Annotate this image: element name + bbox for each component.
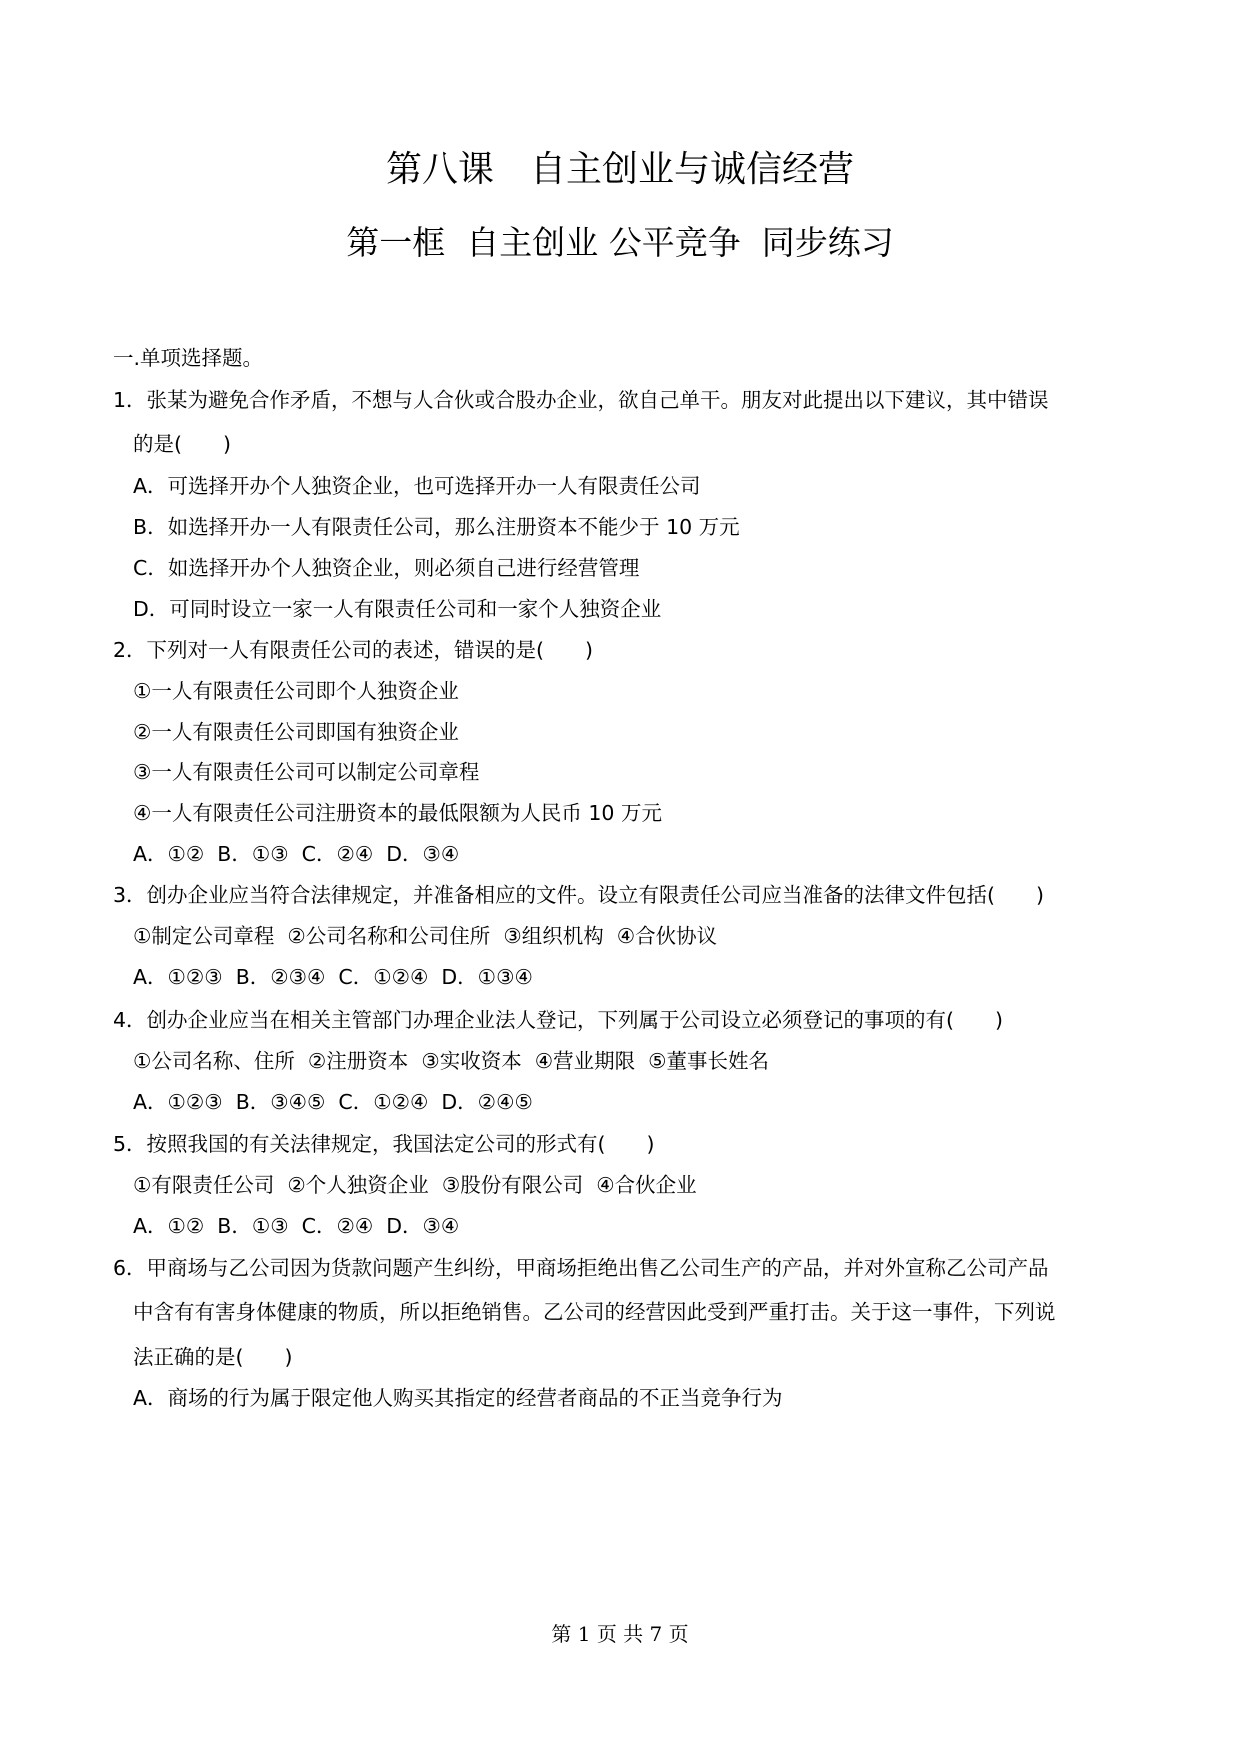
lesson-subtitle: 第一框 自主创业 公平竞争 同步练习 — [0, 222, 1240, 264]
question-stem: 5．按照我国的有关法律规定，我国法定公司的形式有( ) — [113, 1130, 655, 1158]
statement: ①一人有限责任公司即个人独资企业 — [133, 677, 459, 705]
question-stem: 6．甲商场与乙公司因为货款问题产生纠纷，甲商场拒绝出售乙公司生产的产品，并对外宣… — [113, 1254, 1049, 1282]
answer-options: A．①② B．①③ C．②④ D．③④ — [133, 840, 459, 868]
answer-options: A．①② B．①③ C．②④ D．③④ — [133, 1212, 459, 1240]
question-stem: 3．创办企业应当符合法律规定，并准备相应的文件。设立有限责任公司应当准备的法律文… — [113, 881, 1044, 909]
question-stem: 中含有有害身体健康的物质，所以拒绝销售。乙公司的经营因此受到严重打击。关于这一事… — [133, 1298, 1056, 1326]
statement: ③一人有限责任公司可以制定公司章程 — [133, 758, 479, 786]
answer-options: A．①②③ B．③④⑤ C．①②④ D．②④⑤ — [133, 1088, 533, 1116]
question-stem: 的是( ) — [133, 430, 231, 458]
question-stem: 4．创办企业应当在相关主管部门办理企业法人登记，下列属于公司设立必须登记的事项的… — [113, 1006, 1003, 1034]
answer-option-b: B．如选择开办一人有限责任公司，那么注册资本不能少于 10 万元 — [133, 513, 740, 541]
section-heading: 一.单项选择题。 — [113, 344, 263, 372]
answer-option-a: A．商场的行为属于限定他人购买其指定的经营者商品的不正当竞争行为 — [133, 1384, 783, 1412]
answer-option-d: D．可同时设立一家一人有限责任公司和一家个人独资企业 — [133, 595, 661, 623]
statement: ①有限责任公司 ②个人独资企业 ③股份有限公司 ④合伙企业 — [133, 1171, 697, 1199]
answer-options: A．①②③ B．②③④ C．①②④ D．①③④ — [133, 963, 533, 991]
answer-option-c: C．如选择开办个人独资企业，则必须自己进行经营管理 — [133, 554, 639, 582]
question-stem: 2．下列对一人有限责任公司的表述，错误的是( ) — [113, 636, 593, 664]
statement: ①制定公司章程 ②公司名称和公司住所 ③组织机构 ④合伙协议 — [133, 922, 717, 950]
question-stem: 1．张某为避免合作矛盾，不想与人合伙或合股办企业，欲自己单干。朋友对此提出以下建… — [113, 386, 1049, 414]
question-stem: 法正确的是( ) — [133, 1343, 293, 1371]
statement: ②一人有限责任公司即国有独资企业 — [133, 718, 459, 746]
statement: ④一人有限责任公司注册资本的最低限额为人民币 10 万元 — [133, 799, 662, 827]
lesson-title: 第八课 自主创业与诚信经营 — [0, 148, 1240, 192]
document-page: 第八课 自主创业与诚信经营 第一框 自主创业 公平竞争 同步练习 一.单项选择题… — [0, 0, 1240, 1754]
answer-option-a: A．可选择开办个人独资企业，也可选择开办一人有限责任公司 — [133, 472, 701, 500]
page-footer: 第 1 页 共 7 页 — [0, 1620, 1240, 1648]
statement: ①公司名称、住所 ②注册资本 ③实收资本 ④营业期限 ⑤董事长姓名 — [133, 1047, 769, 1075]
